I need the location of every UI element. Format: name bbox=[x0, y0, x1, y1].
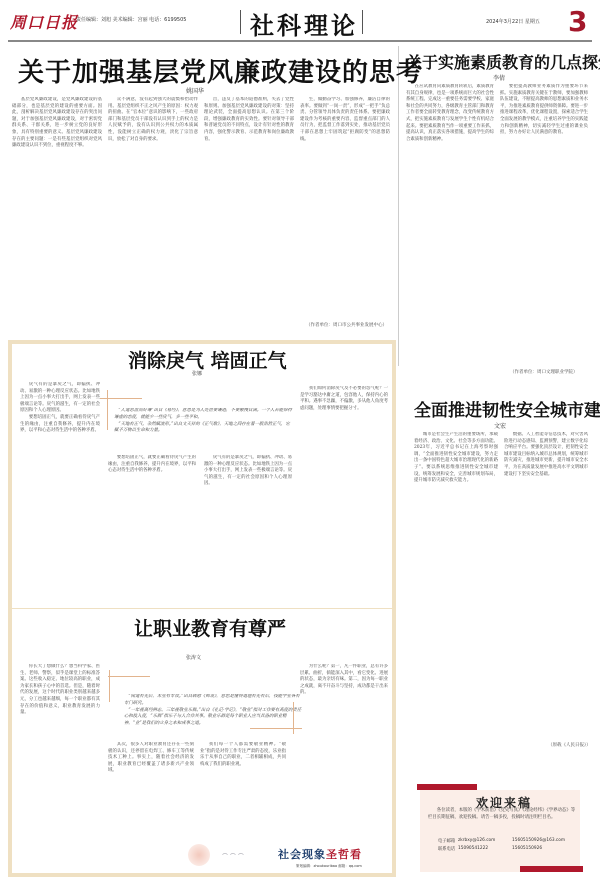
decorative-line bbox=[293, 702, 294, 734]
email-link-2[interactable]: 15605150926@163.com bbox=[512, 838, 565, 843]
article-column: 数据、人工智能等信息技术，对灾害风险进行动态感知、监测预警，建立数字化综合响应平… bbox=[504, 432, 588, 740]
phone-label: 联系电话 bbox=[438, 846, 455, 852]
byline-zhiye: 张涛文 bbox=[186, 654, 201, 661]
article-title-renxing: 全面推进韧性安全城市建设 bbox=[414, 396, 600, 421]
article-column: 旨，违反了基本的道德准则，失去了党性和原则。加强基层党风廉政建设的对策：坚持理论… bbox=[204, 97, 294, 337]
column-banner: 社会现象圣哲看 策划编辑：zhoukouribao 邮箱：qq.com bbox=[228, 842, 388, 872]
article-title-zhiye: 让职业教育有尊严 bbox=[134, 614, 286, 641]
article-column: 我们每一个人都需要敬业精神。“敬业”指的是对待工作专注严肃的态度，乐业指乐于从事… bbox=[200, 742, 286, 840]
article-column: 戾气有的是暴戾之气，即偏执、冲动、易激的一种心理反应状态。比如地铁上因为一点小事… bbox=[20, 382, 100, 604]
phone-number-2: 15605150926 bbox=[512, 846, 542, 851]
editors-credit: 责任编辑：刘旭 美术编辑：宫丽 电话：6199505 bbox=[76, 16, 186, 23]
decorative-line bbox=[109, 670, 110, 702]
byline-suzhi: 李倩 bbox=[493, 73, 505, 82]
article-column: 生，做勤奋学习、加强修养，廉洁自律的表率。要做到“一岗一责”，形成“一把手”负总… bbox=[300, 97, 390, 317]
article-column: 戾气有的是暴戾之气，即偏执、冲动、易激的一种心理反应状态。比如地铁上因为一点小事… bbox=[204, 455, 292, 605]
divider bbox=[362, 10, 363, 34]
issue-date: 2024年3月22日 星期五 bbox=[486, 18, 540, 25]
source-note: （原载《人民日报》） bbox=[548, 742, 591, 748]
masthead: 周口日报 责任编辑：刘旭 美术编辑：宫丽 电话：6199505 社科理论 202… bbox=[0, 0, 600, 42]
phone-number-1: 15090541222 bbox=[458, 846, 488, 851]
article-column: 城市是社会生产生活的重要场所，承载着经济、政治、文化、社会等多方面功能。2023… bbox=[414, 432, 498, 752]
quote-block: “人道恶盈而好谦”出自《易经》，意思是为人处世要谦逊，不要傲慢自满。一个人若能保… bbox=[114, 408, 294, 450]
section-title: 社科理论 bbox=[250, 6, 358, 41]
column-divider bbox=[398, 46, 399, 366]
byline-renxing: 文宏 bbox=[494, 421, 506, 430]
decorative-line bbox=[107, 390, 108, 430]
article-column: 为什么呢？第一，凡一件职业，总有许多层累、曲折，倘能深入其中，看它变化、进展的状… bbox=[300, 664, 388, 842]
article-column: 你长大了想做什么？想当科学家、医生、老师、警察，似乎是课堂上的标准答案。这些收入… bbox=[20, 664, 100, 868]
author-affiliation: （作者单位：周口市公共事业发展中心） bbox=[306, 322, 387, 328]
sun-illustration bbox=[188, 844, 210, 866]
header-rule bbox=[8, 40, 592, 42]
banner-subtitle: 策划编辑：zhoukouribao 邮箱：qq.com bbox=[296, 864, 362, 869]
banner-title-accent: 圣哲看 bbox=[326, 848, 362, 861]
page-number: 3 bbox=[568, 5, 587, 38]
decorative-line bbox=[108, 676, 150, 677]
article-column: 基层党风廉政建设，是党风廉政建设的基础部分，也是基层党的建设的重要方面。因此，剖… bbox=[12, 97, 102, 337]
article-column: 我们如何消除戾气及不必要的怨气呢？一是学习豁达中庸之道，包容他人，保持内心的平和… bbox=[300, 386, 388, 604]
article-title-suzhi: 关于实施素质教育的几点探索 bbox=[406, 50, 600, 73]
contribution-body: 各位读者，本版的《学术前沿》《党史写真》《理论经纬》《学界动态》等栏目长期征稿，… bbox=[428, 808, 578, 821]
article-column: 众不满意，没有起到强大的震慑和抬动作用。基层党组织不正之风产生的原因：权力观的扭… bbox=[108, 97, 198, 337]
article-column: 要把提高教师业务素质作为重要环节来抓。实施素质教育关键在于教师，要加强教师队伍建… bbox=[500, 84, 588, 364]
divider bbox=[240, 10, 241, 34]
email-label: 电子邮箱 bbox=[438, 838, 455, 844]
article-title-lixiqi: 消除戾气 培固正气 bbox=[128, 346, 287, 373]
decorative-line bbox=[100, 398, 142, 399]
article-column: 要想培固正气，就要正确看待戾气产生的缘由，注重自我修养，提升内在境界，以平和心态… bbox=[108, 455, 196, 605]
red-accent-bar bbox=[520, 866, 583, 872]
article-column: 其次，很多人对职业教育还存在一些刻板的认识，还停留在电焊工、修车工等传统技术工种… bbox=[108, 742, 194, 868]
email-link-1[interactable]: zkrbxy@126.com bbox=[458, 838, 495, 843]
article-title-lianzheng: 关于加强基层党风廉政建设的思考 bbox=[18, 52, 423, 89]
newspaper-logo: 周口日报 bbox=[10, 10, 78, 33]
decorative-line bbox=[250, 728, 302, 729]
banner-title: 社会现象 bbox=[278, 848, 326, 861]
byline-lixiqi: 张娜 bbox=[192, 370, 202, 377]
author-affiliation: （作者单位：周口文理职业学院） bbox=[510, 369, 578, 375]
frame-divider bbox=[12, 608, 392, 609]
article-column: 在应试教育向素质教育转轨后，素质教育有其自身规律，也是一项系统而巨大的社会性系统… bbox=[406, 84, 494, 376]
byline-lianzheng: 姚国华 bbox=[186, 86, 204, 95]
